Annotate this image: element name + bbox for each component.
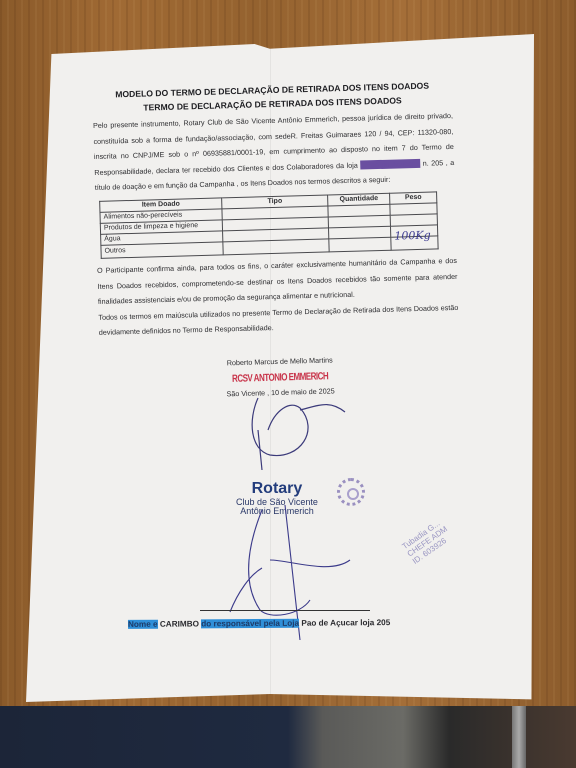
caption-store: Pao de Açucar loja 205: [299, 618, 390, 628]
handwritten-weight: 100Kg: [394, 229, 431, 243]
club-line-2: Antônio Emmerich: [236, 507, 318, 516]
cnpj-number: 06935881/0001-19: [203, 147, 264, 158]
caption-carimbo: CARIMBO: [158, 619, 202, 628]
cell-quantidade: [329, 237, 391, 252]
cell-item: Outros: [101, 242, 223, 258]
cell-tipo: [223, 239, 329, 255]
floor-background: [0, 706, 576, 768]
highlight-responsible: do responsável pela Loja: [201, 619, 299, 629]
intro-paragraph: Pelo presente instrumento, Rotary Club d…: [93, 108, 455, 196]
red-stamp: RCSV ANTONIO EMMERICH: [232, 366, 329, 389]
chair-leg: [512, 706, 526, 768]
donated-items-table: Item Doado Tipo Quantidade Peso Alimento…: [99, 191, 438, 258]
rotary-wordmark: Rotary: [236, 480, 318, 498]
rotary-logo: Rotary Club de São Vicente Antônio Emmer…: [236, 480, 318, 516]
signature-line: [200, 610, 370, 611]
cell-peso: 100Kg: [391, 236, 438, 250]
redacted-store-name: Pao de Açucar: [360, 159, 420, 170]
highlight-name: Nome e: [128, 620, 158, 629]
store-signature-caption: Nome e CARIMBO do responsável pela Loja …: [128, 618, 390, 629]
rotary-wheel-icon: [337, 478, 365, 506]
document-body: MODELO DO TERMO DE DECLARAÇÃO DE RETIRAD…: [92, 78, 461, 406]
